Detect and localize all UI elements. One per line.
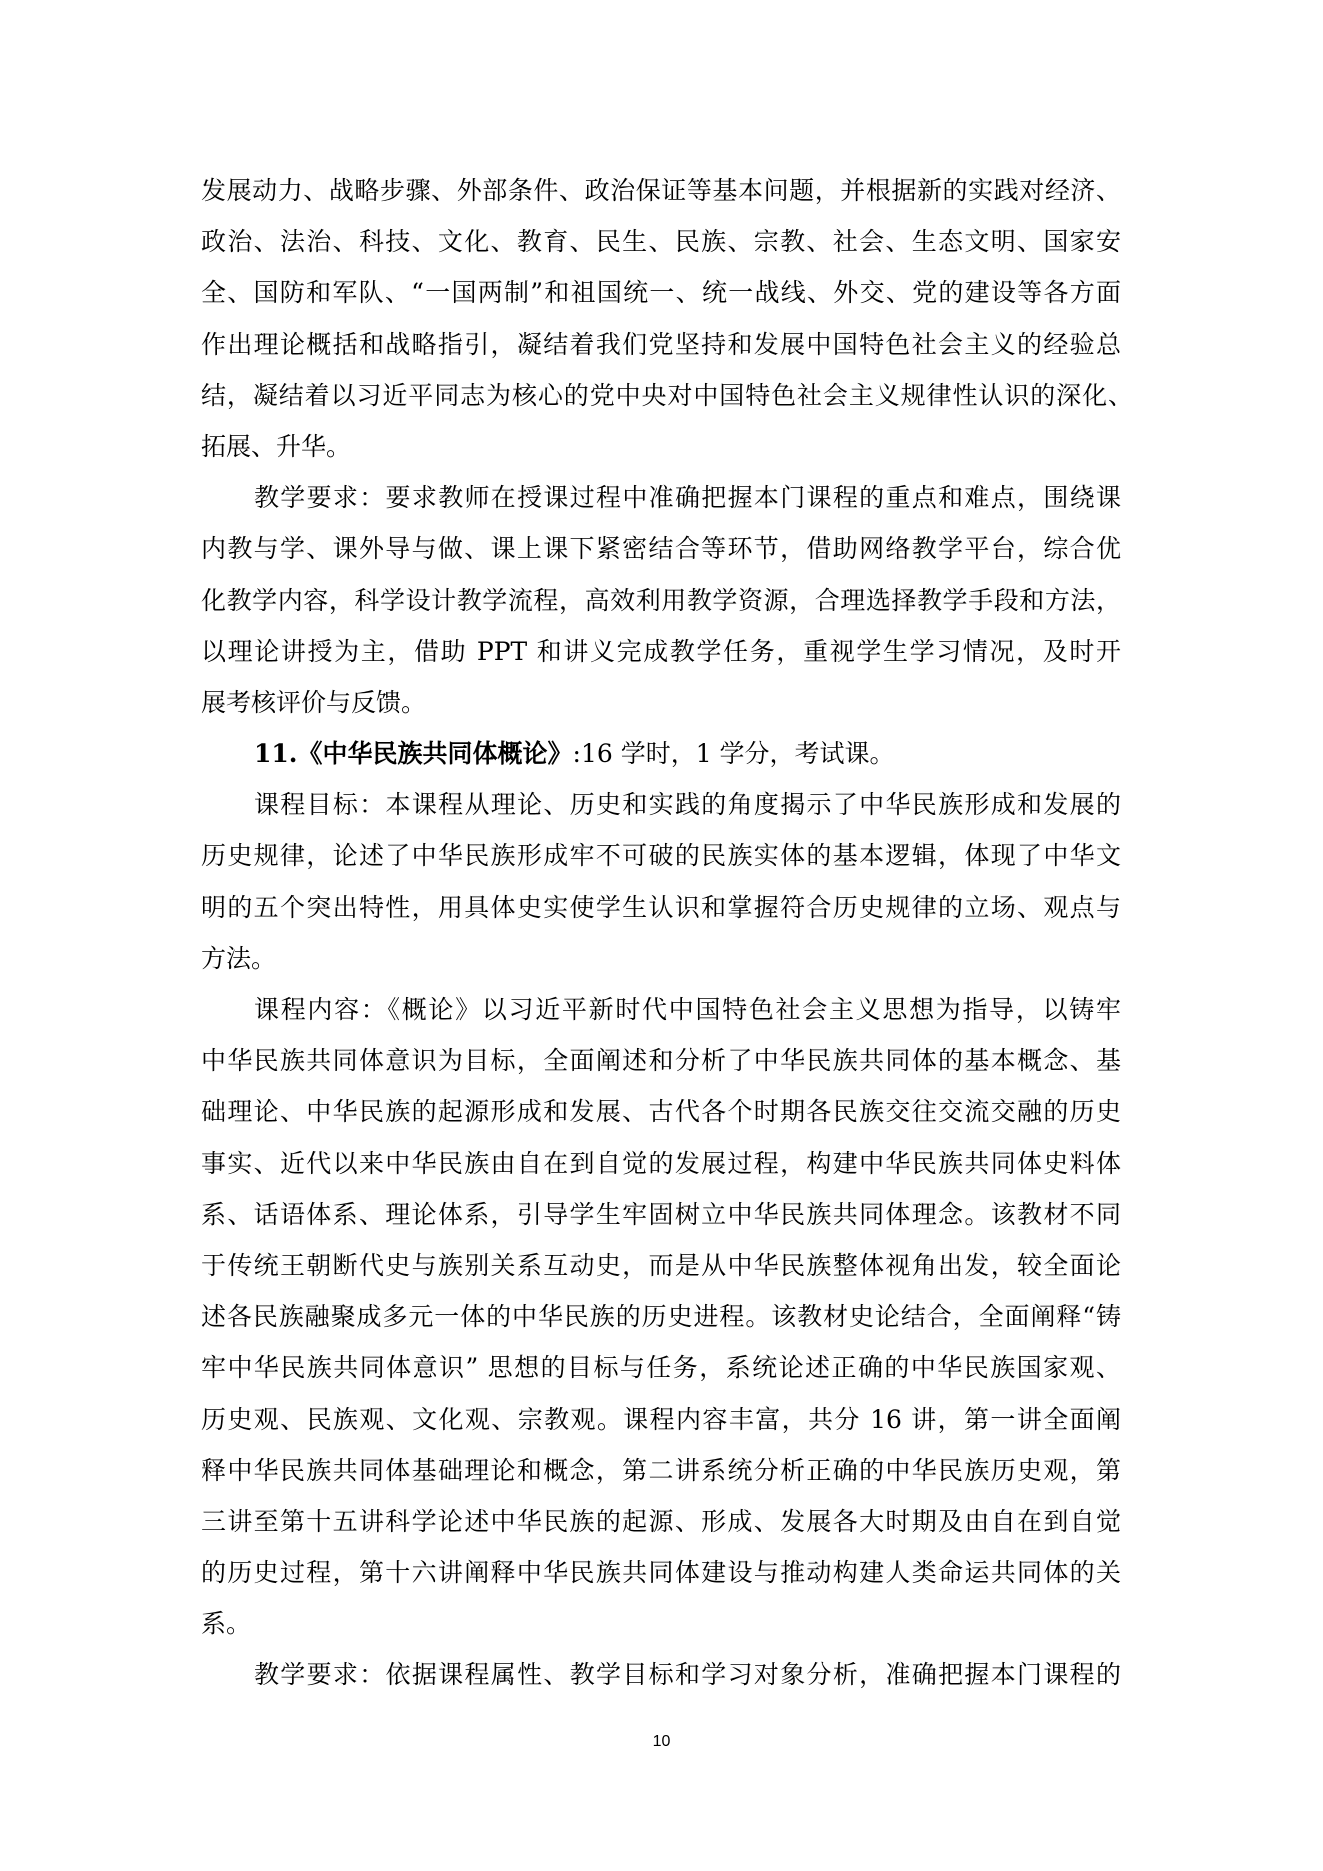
paragraph-theory-summary: 发展动力、战略步骤、外部条件、政治保证等基本问题，并根据新的实践对经济、 政治、…: [201, 165, 1121, 472]
text-line: 释中华民族共同体基础理论和概念，第二讲系统分析正确的中华民族历史观，第: [201, 1445, 1121, 1496]
text-line: 事实、近代以来中华民族由自在到自觉的发展过程，构建中华民族共同体史料体: [201, 1138, 1121, 1189]
text-line: 历史规律，论述了中华民族形成牢不可破的民族实体的基本逻辑，体现了中华文: [201, 830, 1121, 881]
text-line: 教学要求：要求教师在授课过程中准确把握本门课程的重点和难点，围绕课: [201, 472, 1121, 523]
text-line: 化教学内容，科学设计教学流程，高效利用教学资源，合理选择教学手段和方法，: [201, 575, 1121, 626]
page-number: 10: [0, 1733, 1323, 1751]
document-page: 发展动力、战略步骤、外部条件、政治保证等基本问题，并根据新的实践对经济、 政治、…: [0, 0, 1323, 1871]
paragraph-course-objectives: 课程目标：本课程从理论、历史和实践的角度揭示了中华民族形成和发展的 历史规律，论…: [201, 779, 1121, 984]
text-line: 全、国防和军队、“一国两制”和祖国统一、统一战线、外交、党的建设等各方面: [201, 267, 1121, 318]
paragraph-course-content: 课程内容：《概论》以习近平新时代中国特色社会主义思想为指导，以铸牢 中华民族共同…: [201, 984, 1121, 1649]
text-line: 础理论、中华民族的起源形成和发展、古代各个时期各民族交往交流交融的历史: [201, 1086, 1121, 1137]
text-line: 发展动力、战略步骤、外部条件、政治保证等基本问题，并根据新的实践对经济、: [201, 165, 1121, 216]
text-line: 系。: [201, 1598, 1121, 1649]
text-line: 中华民族共同体意识为目标，全面阐述和分析了中华民族共同体的基本概念、基: [201, 1035, 1121, 1086]
text-line: 述各民族融聚成多元一体的中华民族的历史进程。该教材史论结合，全面阐释“铸: [201, 1291, 1121, 1342]
text-line: 明的五个突出特性，用具体史实使学生认识和掌握符合历史规律的立场、观点与: [201, 882, 1121, 933]
text-line: 牢中华民族共同体意识” 思想的目标与任务，系统论述正确的中华民族国家观、: [201, 1342, 1121, 1393]
text-line: 政治、法治、科技、文化、教育、民生、民族、宗教、社会、生态文明、国家安: [201, 216, 1121, 267]
text-line: 的历史过程，第十六讲阐释中华民族共同体建设与推动构建人类命运共同体的关: [201, 1547, 1121, 1598]
text-line: 展考核评价与反馈。: [201, 677, 1121, 728]
text-line: 课程目标：本课程从理论、历史和实践的角度揭示了中华民族形成和发展的: [201, 779, 1121, 830]
text-line: 教学要求：依据课程属性、教学目标和学习对象分析，准确把握本门课程的: [201, 1649, 1121, 1700]
paragraph-teaching-requirements-2: 教学要求：依据课程属性、教学目标和学习对象分析，准确把握本门课程的: [201, 1649, 1121, 1700]
text-line: 系、话语体系、理论体系，引导学生牢固树立中华民族共同体理念。该教材不同: [201, 1189, 1121, 1240]
text-line: 历史观、民族观、文化观、宗教观。课程内容丰富，共分 16 讲，第一讲全面阐: [201, 1394, 1121, 1445]
course-details: :16 学时，1 学分，考试课。: [573, 739, 895, 768]
course-heading: 11.《中华民族共同体概论》:16 学时，1 学分，考试课。: [201, 728, 1121, 779]
text-line: 拓展、升华。: [201, 421, 1121, 472]
text-line: 内教与学、课外导与做、课上课下紧密结合等环节，借助网络教学平台，综合优: [201, 523, 1121, 574]
text-line: 于传统王朝断代史与族别关系互动史，而是从中华民族整体视角出发，较全面论: [201, 1240, 1121, 1291]
course-number: 11.: [254, 739, 298, 768]
text-line: 课程内容：《概论》以习近平新时代中国特色社会主义思想为指导，以铸牢: [201, 984, 1121, 1035]
text-line: 三讲至第十五讲科学论述中华民族的起源、形成、发展各大时期及由自在到自觉: [201, 1496, 1121, 1547]
text-line: 以理论讲授为主，借助 PPT 和讲义完成教学任务，重视学生学习情况，及时开: [201, 626, 1121, 677]
paragraph-teaching-requirements: 教学要求：要求教师在授课过程中准确把握本门课程的重点和难点，围绕课 内教与学、课…: [201, 472, 1121, 728]
text-line: 方法。: [201, 933, 1121, 984]
text-line: 结，凝结着以习近平同志为核心的党中央对中国特色社会主义规律性认识的深化、: [201, 370, 1133, 421]
course-title: 《中华民族共同体概论》: [298, 739, 573, 768]
text-line: 作出理论概括和战略指引，凝结着我们党坚持和发展中国特色社会主义的经验总: [201, 319, 1121, 370]
body-text: 发展动力、战略步骤、外部条件、政治保证等基本问题，并根据新的实践对经济、 政治、…: [201, 165, 1121, 1701]
